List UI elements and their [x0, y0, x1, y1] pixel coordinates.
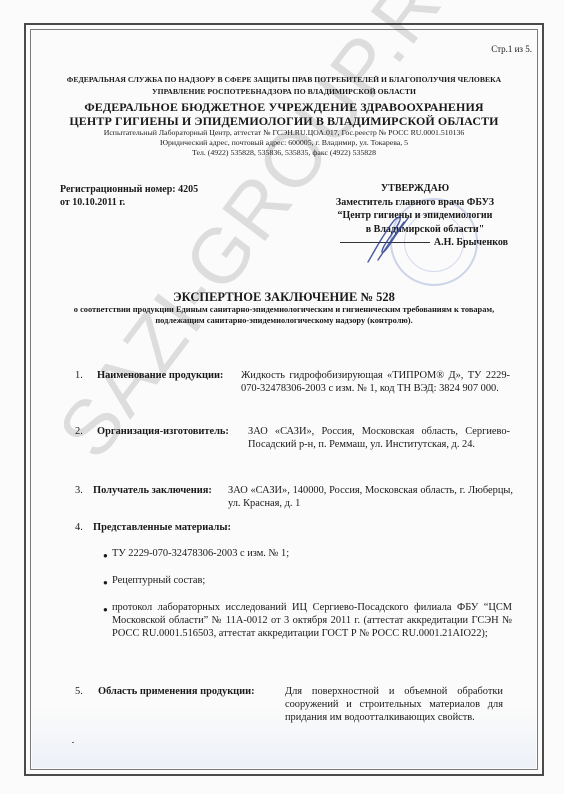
- section-value: Для поверхностной и объемной обработки с…: [285, 685, 503, 724]
- section-number: 4.: [75, 521, 83, 534]
- section-value: Жидкость гидрофобизирующая «ТИПРОМ® Д», …: [241, 369, 510, 395]
- agency-line-2: УПРАВЛЕНИЕ РОСПОТРЕБНАДЗОРА ПО ВЛАДИМИРС…: [30, 86, 538, 98]
- org-phone: Тел. (4922) 535828, 535836, 535835, факс…: [30, 148, 538, 158]
- approval-heading: УТВЕРЖДАЮ: [300, 182, 530, 196]
- signature-icon: [360, 212, 420, 267]
- organization-header: ФЕДЕРАЛЬНОЕ БЮДЖЕТНОЕ УЧРЕЖДЕНИЕ ЗДРАВОО…: [30, 100, 538, 158]
- signer-name: А.Н. Брыченков: [434, 237, 508, 248]
- org-address: Юридический адрес, почтовый адрес: 60000…: [30, 138, 538, 148]
- scan-mark: [72, 742, 74, 743]
- section-number: 5.: [75, 685, 83, 698]
- section-number: 2.: [75, 425, 83, 438]
- section-number: 3.: [75, 484, 83, 497]
- section-label: Представленные материалы:: [93, 521, 231, 534]
- document-page: Стр.1 из 5. ФЕДЕРАЛЬНАЯ СЛУЖБА ПО НАДЗОР…: [0, 0, 564, 794]
- lab-accreditation: Испытательный Лабораторный Центр, аттест…: [30, 128, 538, 138]
- page-number: Стр.1 из 5.: [491, 44, 532, 54]
- agency-line-1: ФЕДЕРАЛЬНАЯ СЛУЖБА ПО НАДЗОРУ В СФЕРЕ ЗА…: [30, 74, 538, 86]
- registration-block: Регистрационный номер: 4205 от 10.10.201…: [60, 183, 198, 209]
- section-label: Получатель заключения:: [93, 484, 212, 497]
- org-name-line-2: ЦЕНТР ГИГИЕНЫ И ЭПИДЕМИОЛОГИИ В ВЛАДИМИР…: [30, 114, 538, 128]
- approver-position: Заместитель главного врача ФБУЗ: [300, 196, 530, 210]
- section-label: Организация-изготовитель:: [97, 425, 229, 438]
- section-value: ЗАО «САЗИ», 140000, Россия, Московская о…: [228, 484, 513, 510]
- registration-date: от 10.10.2011 г.: [60, 196, 198, 209]
- registration-number: Регистрационный номер: 4205: [60, 183, 198, 196]
- bullet-icon: ●: [103, 576, 108, 589]
- materials-item-text: Рецептурный состав;: [112, 574, 512, 587]
- section-number: 1.: [75, 369, 83, 382]
- conclusion-title-block: ЭКСПЕРТНОЕ ЗАКЛЮЧЕНИЕ № 528 о соответств…: [30, 290, 538, 326]
- section-label: Наименование продукции:: [97, 369, 223, 382]
- section-label: Область применения продукции:: [98, 685, 255, 698]
- org-name-line-1: ФЕДЕРАЛЬНОЕ БЮДЖЕТНОЕ УЧРЕЖДЕНИЕ ЗДРАВОО…: [30, 100, 538, 114]
- section-value: ЗАО «САЗИ», Россия, Московская область, …: [248, 425, 510, 451]
- conclusion-subtitle: о соответствии продукции Единым санитарн…: [30, 305, 538, 326]
- bullet-icon: ●: [103, 603, 108, 616]
- bullet-icon: ●: [103, 549, 108, 562]
- materials-item-text: протокол лабораторных исследований ИЦ Се…: [112, 601, 512, 640]
- materials-item-text: ТУ 2229-070-32478306-2003 с изм. № 1;: [112, 547, 512, 560]
- agency-header: ФЕДЕРАЛЬНАЯ СЛУЖБА ПО НАДЗОРУ В СФЕРЕ ЗА…: [30, 74, 538, 98]
- conclusion-title: ЭКСПЕРТНОЕ ЗАКЛЮЧЕНИЕ № 528: [30, 290, 538, 305]
